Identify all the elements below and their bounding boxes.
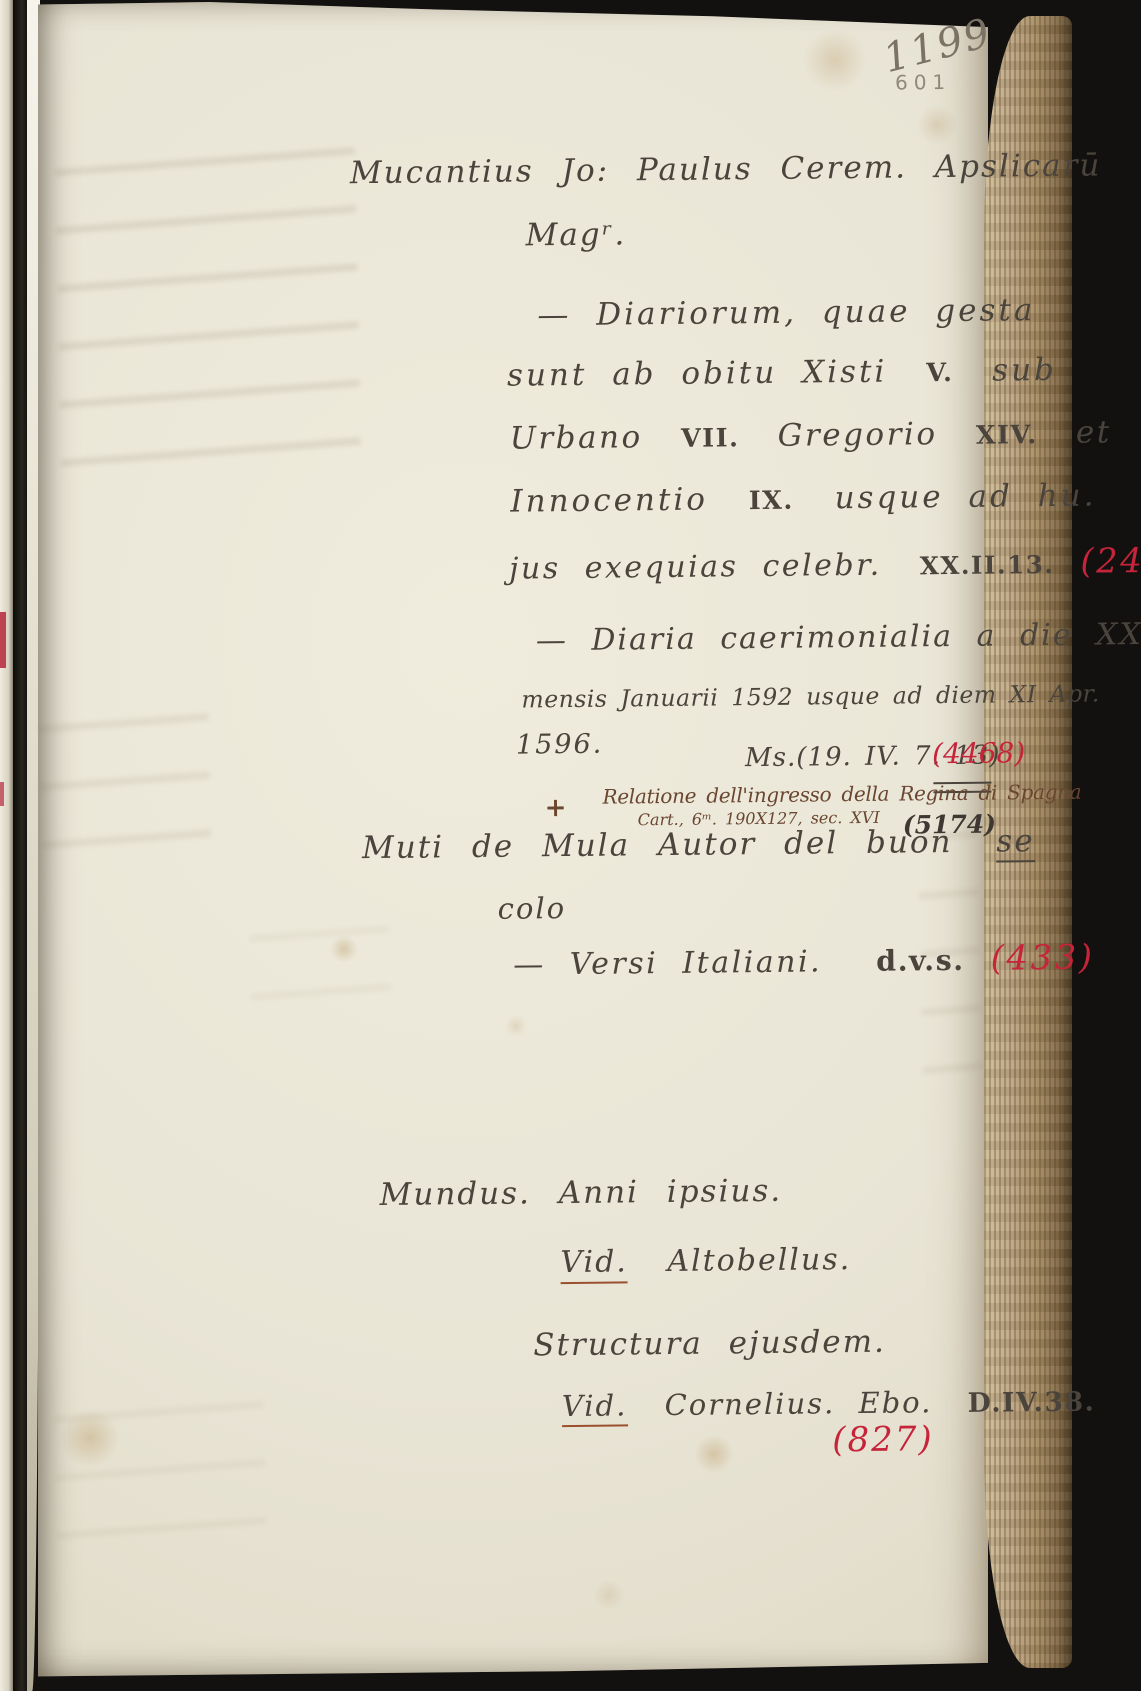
shelfmark-number-red: (827): [832, 1422, 934, 1457]
cross-reference-cornelius: Vid. Cornelius. Ebo. D.IV.38.: [562, 1387, 1096, 1422]
entry-mundus-line: Mundus. Anni ipsius.: [379, 1176, 782, 1211]
entry-text: et: [1076, 414, 1112, 450]
roman-numeral: XX.II.13.: [920, 550, 1055, 580]
entry-muti-line1: Muti de Mula Autor del buon se: [362, 826, 1035, 864]
entry-text: — Versi Italiani.: [513, 944, 822, 982]
entry-text: Innocentio: [510, 482, 708, 520]
shelfmark-number-red: (2416): [1080, 540, 1141, 581]
manuscript-page-scan: 1199 601 Mucantius Jo: Paulus Cerem. Aps…: [0, 0, 1141, 1691]
roman-numeral: V.: [926, 357, 953, 387]
cross-reference-altobellus: Vid. Altobellus.: [560, 1245, 851, 1278]
roman-numeral: VII.: [681, 422, 740, 453]
roman-numeral: IX.: [749, 485, 794, 515]
reference-code: d.v.s.: [876, 943, 965, 978]
referenced-name: Cornelius. Ebo.: [664, 1385, 932, 1422]
entry-text: Urbano: [510, 419, 643, 456]
shelfmark-number-red: (4468): [932, 739, 1025, 768]
author-heading-line1: Mucantius Jo: Paulus Cerem. Apslicarū: [350, 150, 1102, 189]
entry-diariorum-line5: jus exequias celebr. XX.II.13. (2416): [509, 543, 1141, 584]
vide-abbreviation: Vid.: [560, 1244, 628, 1284]
entry-diaria-line2: mensis Januarii 1592 usque ad diem XI Ap…: [521, 682, 1099, 712]
entry-diariorum-line1: — Diariorum, quae gesta: [537, 295, 1035, 331]
entry-diariorum-line2: sunt ab obitu Xisti V. sub: [507, 355, 1057, 392]
shelfmark-number-red: (433): [990, 938, 1094, 979]
entry-muti-line2: colo: [498, 894, 567, 924]
entry-diariorum-line4: Innocentio IX. usque ad hu.: [510, 480, 1096, 517]
entry-text: Gregorio: [777, 416, 937, 454]
entry-diaria-line3: 1596.: [516, 731, 604, 759]
handwriting-layer: 1199 601 Mucantius Jo: Paulus Cerem. Aps…: [0, 0, 1141, 1691]
shelfmark-code: D.IV.38.: [967, 1387, 1095, 1419]
entry-text: sunt ab obitu Xisti: [507, 354, 888, 394]
entry-versi-line: — Versi Italiani. d.v.s. (433): [513, 941, 1095, 981]
entry-text: sub: [992, 352, 1057, 389]
roman-numeral: XIV.: [976, 419, 1038, 450]
entry-structura-line: Structura ejusdem.: [533, 1327, 886, 1362]
entry-text: Muti de Mula Autor del buon: [362, 824, 953, 866]
page-stamp-number: 601: [895, 72, 951, 93]
entry-relatione-line1: Relatione dell'ingresso della Regina di …: [602, 782, 1081, 807]
insertion-plus-mark: +: [544, 795, 568, 821]
entry-text: usque ad hu.: [834, 477, 1096, 516]
entry-diaria-line1: — Diaria caerimonialia a die XXX: [536, 620, 1141, 657]
hyphenated-syllable: se: [996, 823, 1035, 862]
referenced-name: Altobellus.: [667, 1242, 851, 1279]
entry-text: jus exequias celebr.: [509, 548, 882, 587]
entry-diariorum-line3: Urbano VII. Gregorio XIV. et: [510, 417, 1112, 454]
vide-abbreviation: Vid.: [562, 1388, 628, 1427]
author-heading-line2: Magʳ.: [525, 219, 626, 251]
